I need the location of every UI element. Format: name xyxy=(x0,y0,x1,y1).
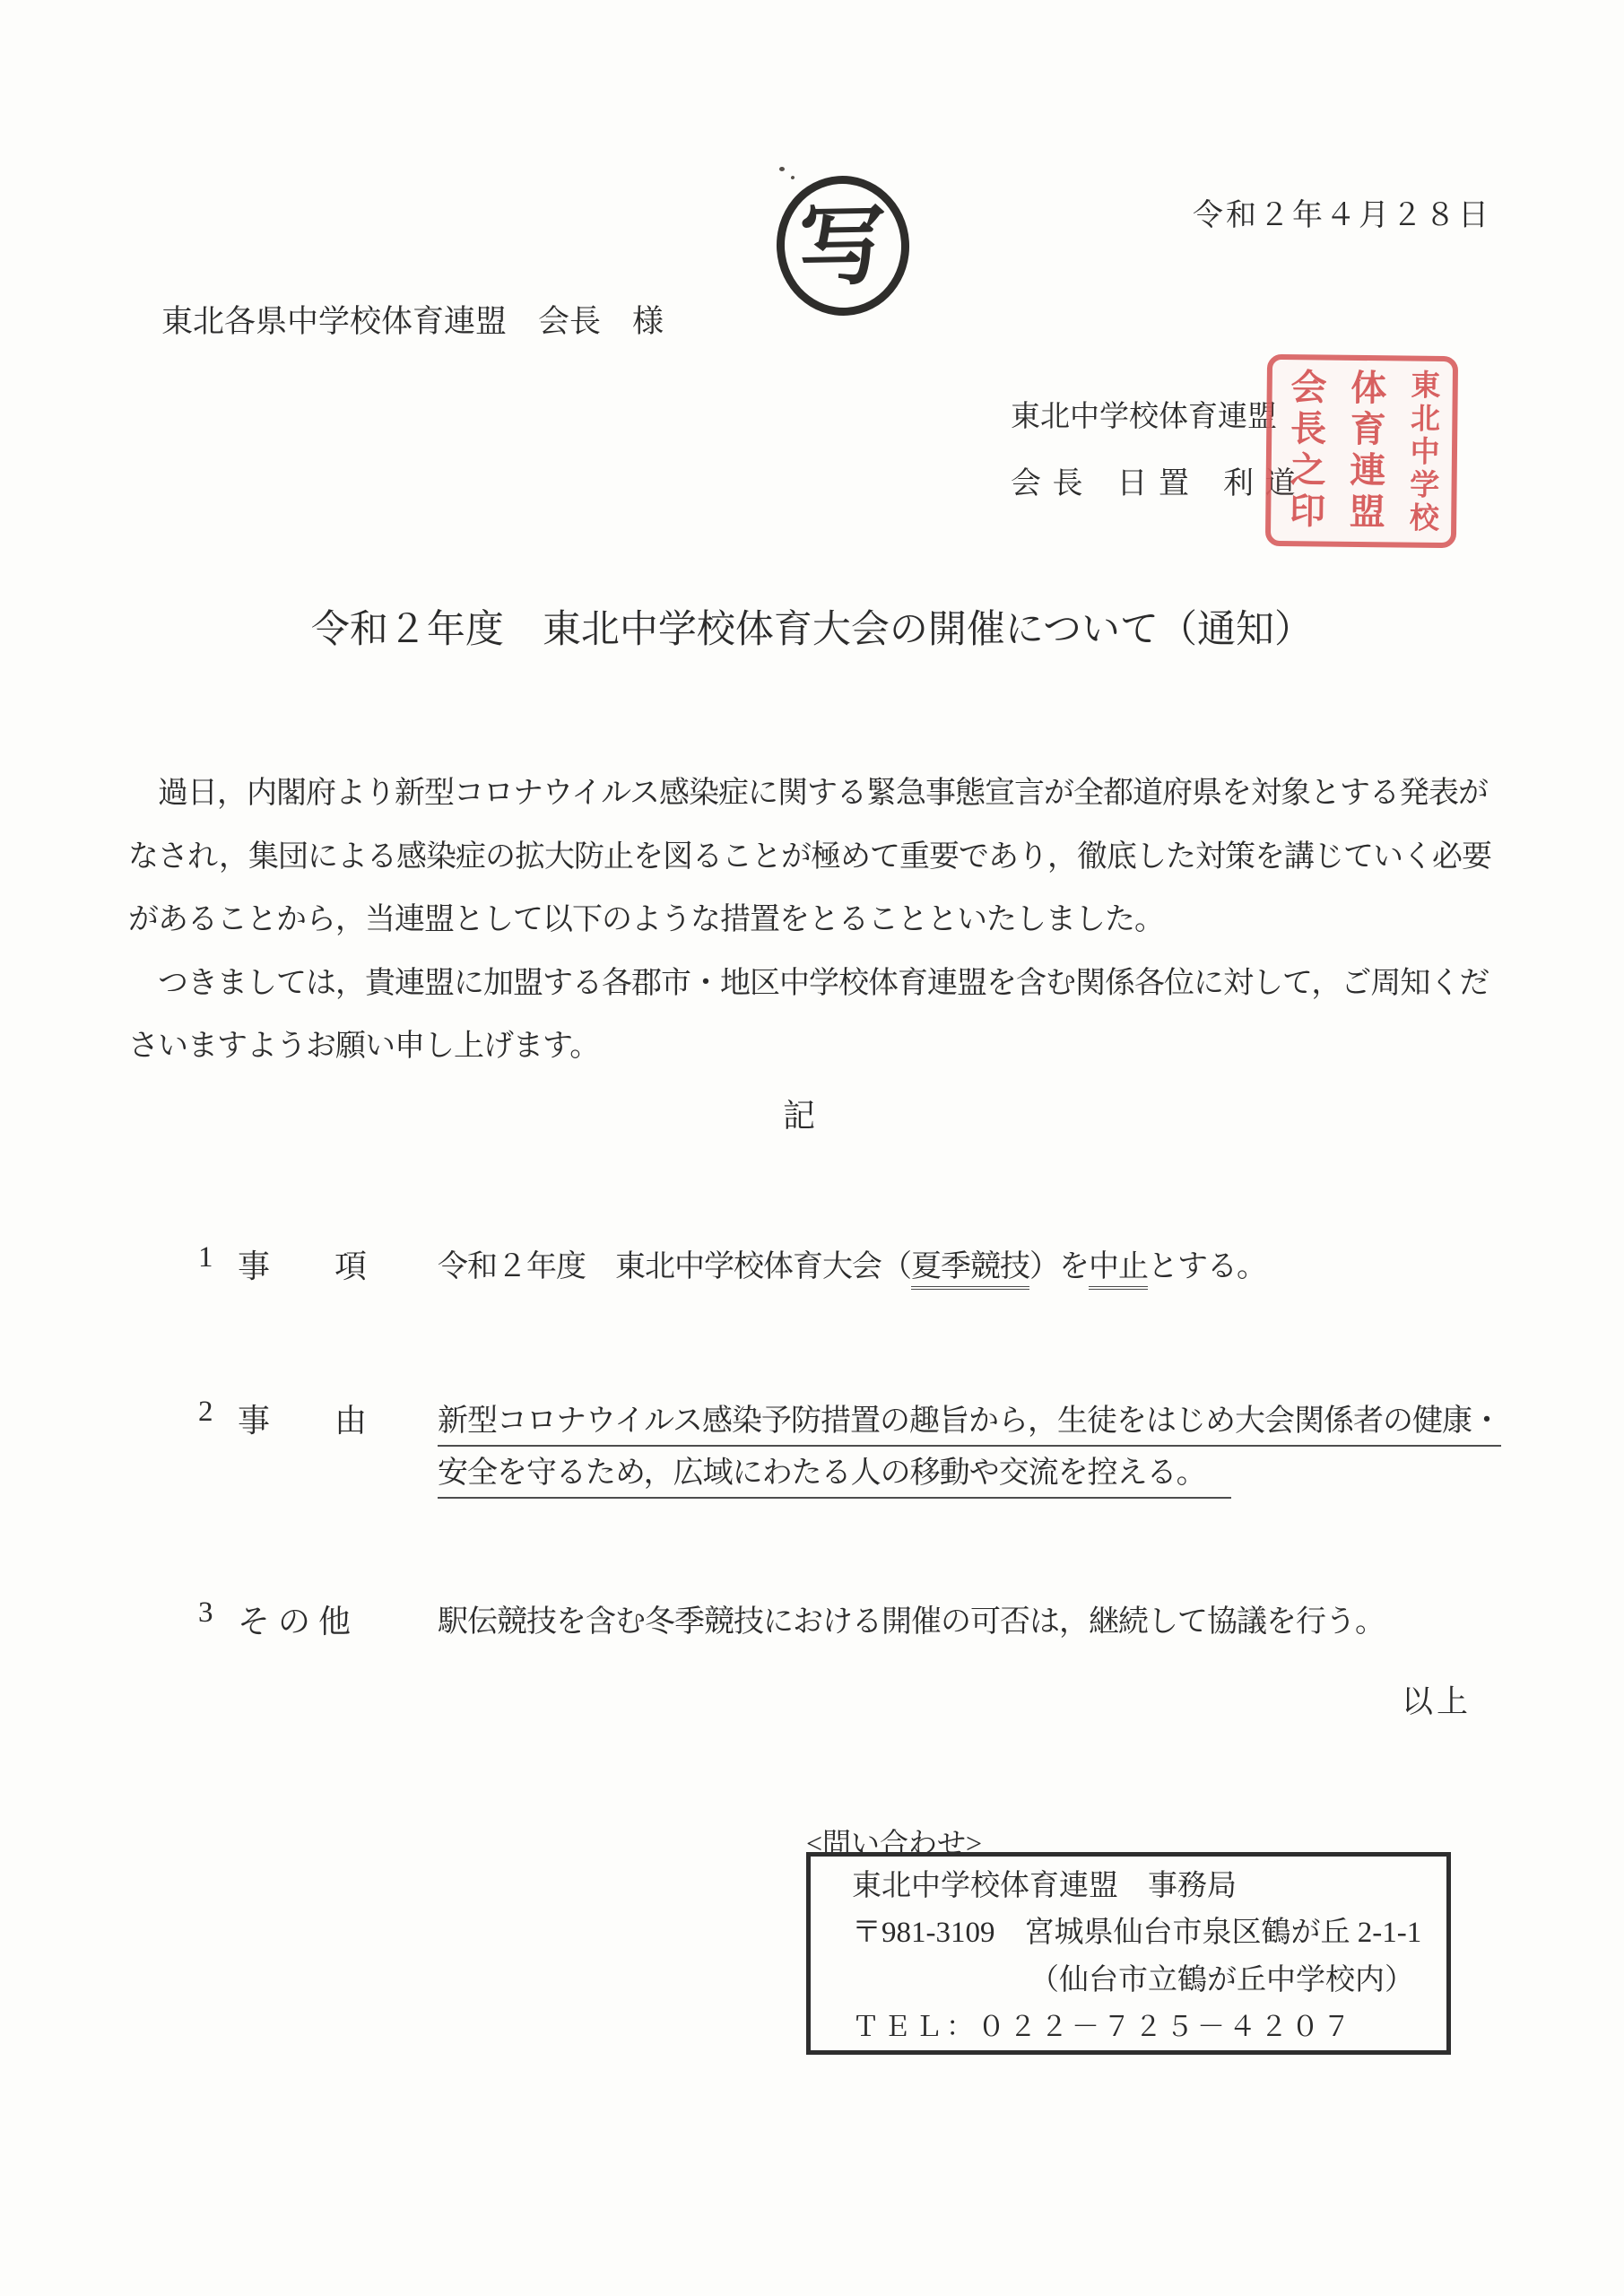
body-line: つきましては，貴連盟に加盟する各郡市・地区中学校体育連盟を含む関係各位に対して，… xyxy=(128,958,1489,1002)
item1-text: 令和２年度 東北中学校体育大会（夏季競技）を中止とする。 xyxy=(438,1241,1266,1285)
addressee-line: 東北各県中学校体育連盟 会長 様 xyxy=(161,297,664,342)
closing-ijo: 以上 xyxy=(1402,1677,1472,1722)
official-red-seal: 東北中学校 体育連盟 会長之印 xyxy=(1265,354,1458,548)
item1-number: 1 xyxy=(198,1241,213,1274)
item1-underlined-summer: 夏季競技 xyxy=(911,1250,1029,1290)
item3-label: そ の 他 xyxy=(238,1596,351,1642)
seal-column-middle: 体育連盟 xyxy=(1346,369,1384,534)
item1-underlined-cancel: 中止 xyxy=(1089,1250,1148,1290)
contact-address-note: （仙台市立鶴が丘中学校内） xyxy=(1029,1956,1414,1998)
body-line: さいますようお願い申し上げます。 xyxy=(128,1021,599,1065)
item3-number: 3 xyxy=(198,1596,213,1630)
item2-label: 事 由 xyxy=(238,1396,367,1441)
body-line: があることから，当連盟として以下のような措置をとることといたしました。 xyxy=(128,894,1164,938)
item2-reason-line2-text: 安全を守るため，広域にわたる人の移動や交流を控える。 xyxy=(438,1457,1231,1499)
sender-organization: 東北中学校体育連盟 xyxy=(1011,393,1277,435)
ki-marker: 記 xyxy=(0,1091,1598,1136)
item1-text-mid: ）を xyxy=(1029,1250,1089,1283)
scanned-notice-document: 令和２年４月２８日 写 東北各県中学校体育連盟 会長 様 東北中学校体育連盟 会… xyxy=(0,0,1624,2296)
copy-stamp-character: 写 xyxy=(798,203,888,292)
seal-column-left: 会長之印 xyxy=(1286,368,1324,533)
contact-address: 〒981-3109 宮城県仙台市泉区鶴が丘 2-1-1 xyxy=(852,1909,1421,1951)
item1-label: 事 項 xyxy=(238,1241,367,1287)
item2-number: 2 xyxy=(198,1396,213,1429)
contact-org: 東北中学校体育連盟 事務局 xyxy=(852,1862,1237,1904)
item1-text-pre: 令和２年度 東北中学校体育大会（ xyxy=(438,1250,911,1283)
contact-tel: ＴＥＬ：０２２－７２５－４２０７ xyxy=(852,2004,1354,2044)
item1-text-post: とする。 xyxy=(1148,1250,1266,1283)
ink-speck xyxy=(790,175,795,179)
sender-president-name: 会 長 日 置 利 道 xyxy=(1011,458,1298,502)
document-title: 令和２年度 東北中学校体育大会の開催について（通知） xyxy=(0,599,1624,654)
item3-text: 駅伝競技を含む冬季競技における開催の可否は，継続して協議を行う。 xyxy=(438,1596,1385,1640)
body-line: なされ，集団による感染症の拡大防止を図ることが極めて重要であり，徹底した対策を講… xyxy=(128,831,1491,875)
ink-speck xyxy=(779,167,785,171)
body-line: 過日，内閣府より新型コロナウイルス感染症に関する緊急事態宣言が全都道府県を対象と… xyxy=(128,768,1488,812)
document-date: 令和２年４月２８日 xyxy=(1193,190,1491,234)
seal-column-right: 東北中学校 xyxy=(1406,369,1437,535)
copy-stamp-icon: 写 xyxy=(772,171,915,320)
item2-reason-line1: 新型コロナウイルス感染予防措置の趣旨から，生徒をはじめ大会関係者の健康・ xyxy=(438,1396,1501,1439)
item2-reason-line1-text: 新型コロナウイルス感染予防措置の趣旨から，生徒をはじめ大会関係者の健康・ xyxy=(438,1405,1501,1447)
item2-reason-line2: 安全を守るため，広域にわたる人の移動や交流を控える。 xyxy=(438,1448,1231,1492)
